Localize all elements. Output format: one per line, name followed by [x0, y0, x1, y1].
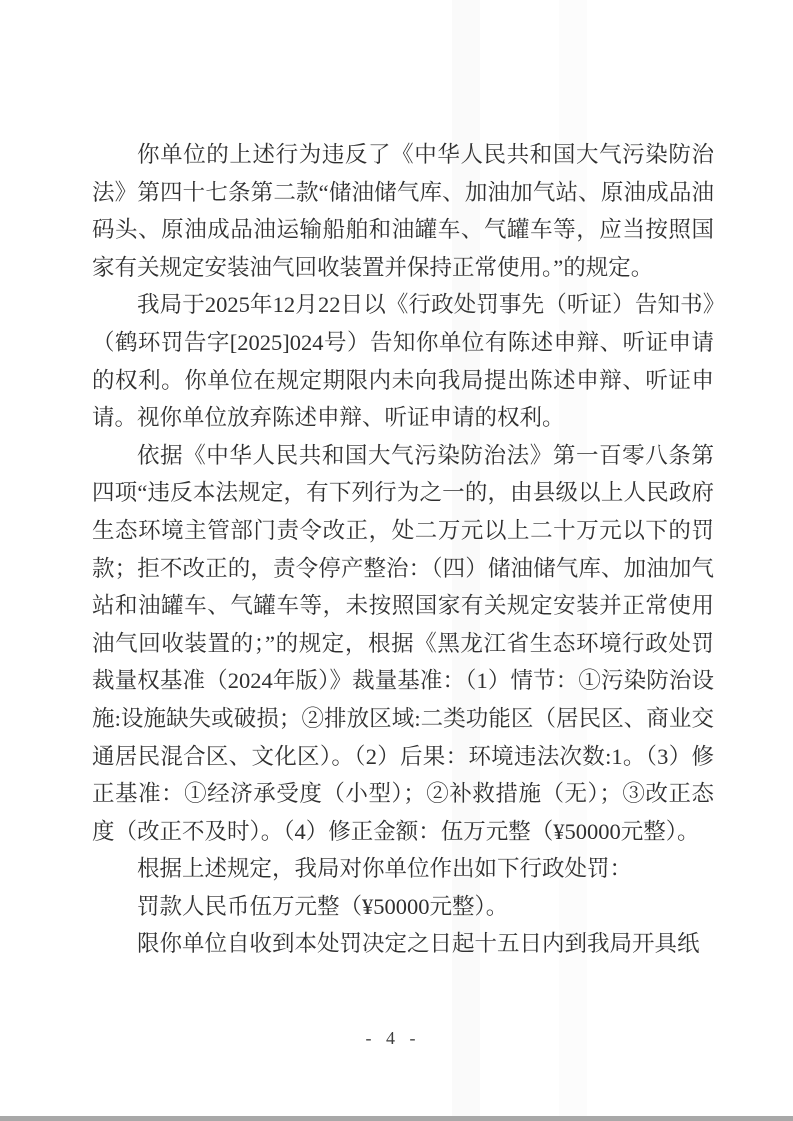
- paragraph-penalty-basis: 依据《中华人民共和国大气污染防治法》第一百零八条第四项“违反本法规定，有下列行为…: [92, 437, 714, 851]
- paragraph-fine-amount: 罚款人民币伍万元整（¥50000元整）。: [92, 888, 714, 926]
- paragraph-payment-deadline: 限你单位自收到本处罚决定之日起十五日内到我局开具纸: [92, 925, 714, 963]
- page-number: - 4 -: [0, 1028, 786, 1049]
- scanner-edge-artifact: [0, 1116, 793, 1121]
- paragraph-violated-law: 你单位的上述行为违反了《中华人民共和国大气污染防治法》第四十七条第二款“储油储气…: [92, 136, 714, 286]
- paragraph-penalty-decision-intro: 根据上述规定，我局对你单位作出如下行政处罚：: [92, 850, 714, 888]
- document-body: 你单位的上述行为违反了《中华人民共和国大气污染防治法》第四十七条第二款“储油储气…: [92, 136, 714, 963]
- paragraph-prior-notice: 我局于2025年12月22日以《行政处罚事先（听证）告知书》（鹤环罚告字[202…: [92, 286, 714, 436]
- document-page: 你单位的上述行为违反了《中华人民共和国大气污染防治法》第四十七条第二款“储油储气…: [0, 0, 793, 1121]
